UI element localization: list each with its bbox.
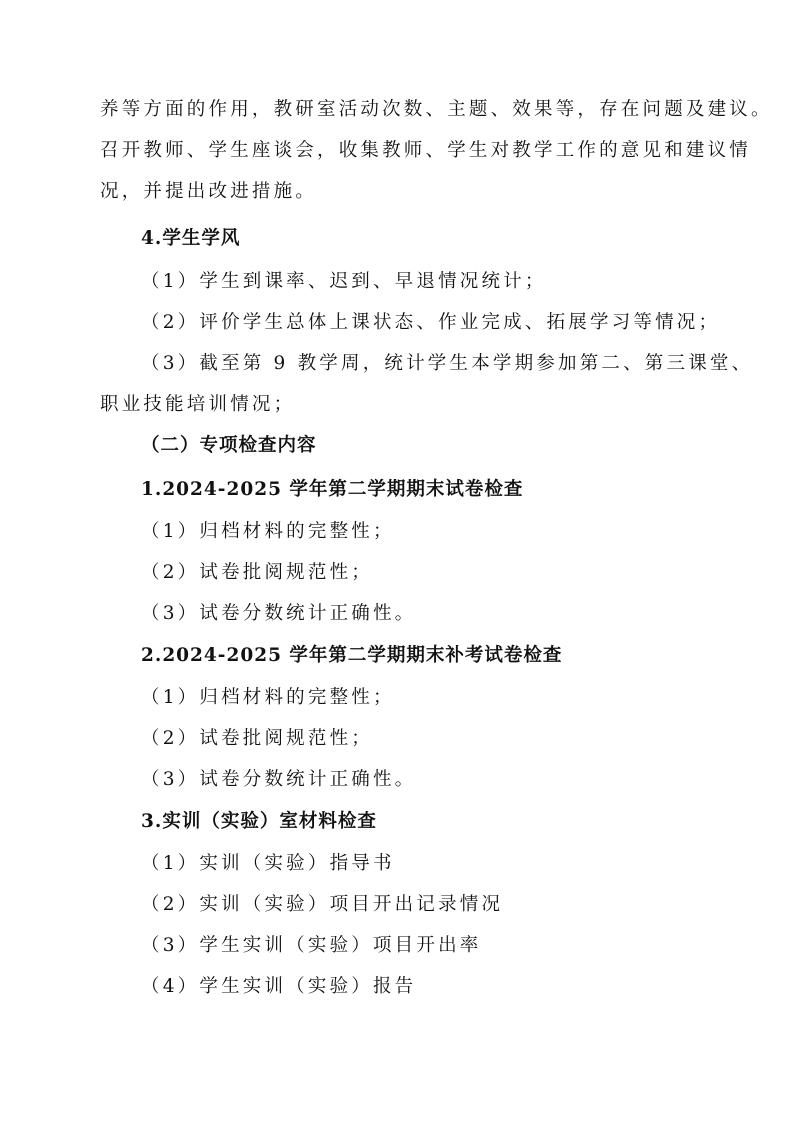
list-item: （1）归档材料的完整性； xyxy=(141,520,395,544)
subsection-heading: 1.2024-2025 学年第二学期期末试卷检查 xyxy=(141,478,523,502)
list-item: （3）试卷分数统计正确性。 xyxy=(141,768,416,792)
document-page: 养等方面的作用，教研室活动次数、主题、效果等，存在问题及建议。 召开教师、学生座… xyxy=(0,0,793,1122)
list-item: （3）试卷分数统计正确性。 xyxy=(141,602,416,626)
list-item: （1）实训（实验）指导书 xyxy=(141,852,395,876)
subsection-heading: 3.实训（实验）室材料检查 xyxy=(141,810,377,834)
list-item: （3）截至第 9 教学周，统计学生本学期参加第二、第三课堂、 xyxy=(141,352,753,376)
subsection-heading: 2.2024-2025 学年第二学期期末补考试卷检查 xyxy=(141,644,562,668)
list-item: （1）归档材料的完整性； xyxy=(141,686,395,710)
paragraph-line: 况，并提出改进措施。 xyxy=(100,180,317,204)
list-item: （2）实训（实验）项目开出记录情况 xyxy=(141,893,503,917)
paragraph-line: 召开教师、学生座谈会，收集教师、学生对教学工作的意见和建议情 xyxy=(100,139,751,163)
list-item: （1）学生到课率、迟到、早退情况统计； xyxy=(141,270,547,294)
part-heading: （二）专项检查内容 xyxy=(141,434,317,458)
list-item-continuation: 职业技能培训情况； xyxy=(100,393,295,417)
section-heading: 4.学生学风 xyxy=(141,227,240,251)
list-item: （3）学生实训（实验）项目开出率 xyxy=(141,934,481,958)
list-item: （2）试卷批阅规范性； xyxy=(141,561,373,585)
list-item: （2）试卷批阅规范性； xyxy=(141,727,373,751)
list-item: （4）学生实训（实验）报告 xyxy=(141,975,416,999)
paragraph-line: 养等方面的作用，教研室活动次数、主题、效果等，存在问题及建议。 xyxy=(100,98,773,122)
list-item: （2）评价学生总体上课状态、作业完成、拓展学习等情况； xyxy=(141,311,720,335)
